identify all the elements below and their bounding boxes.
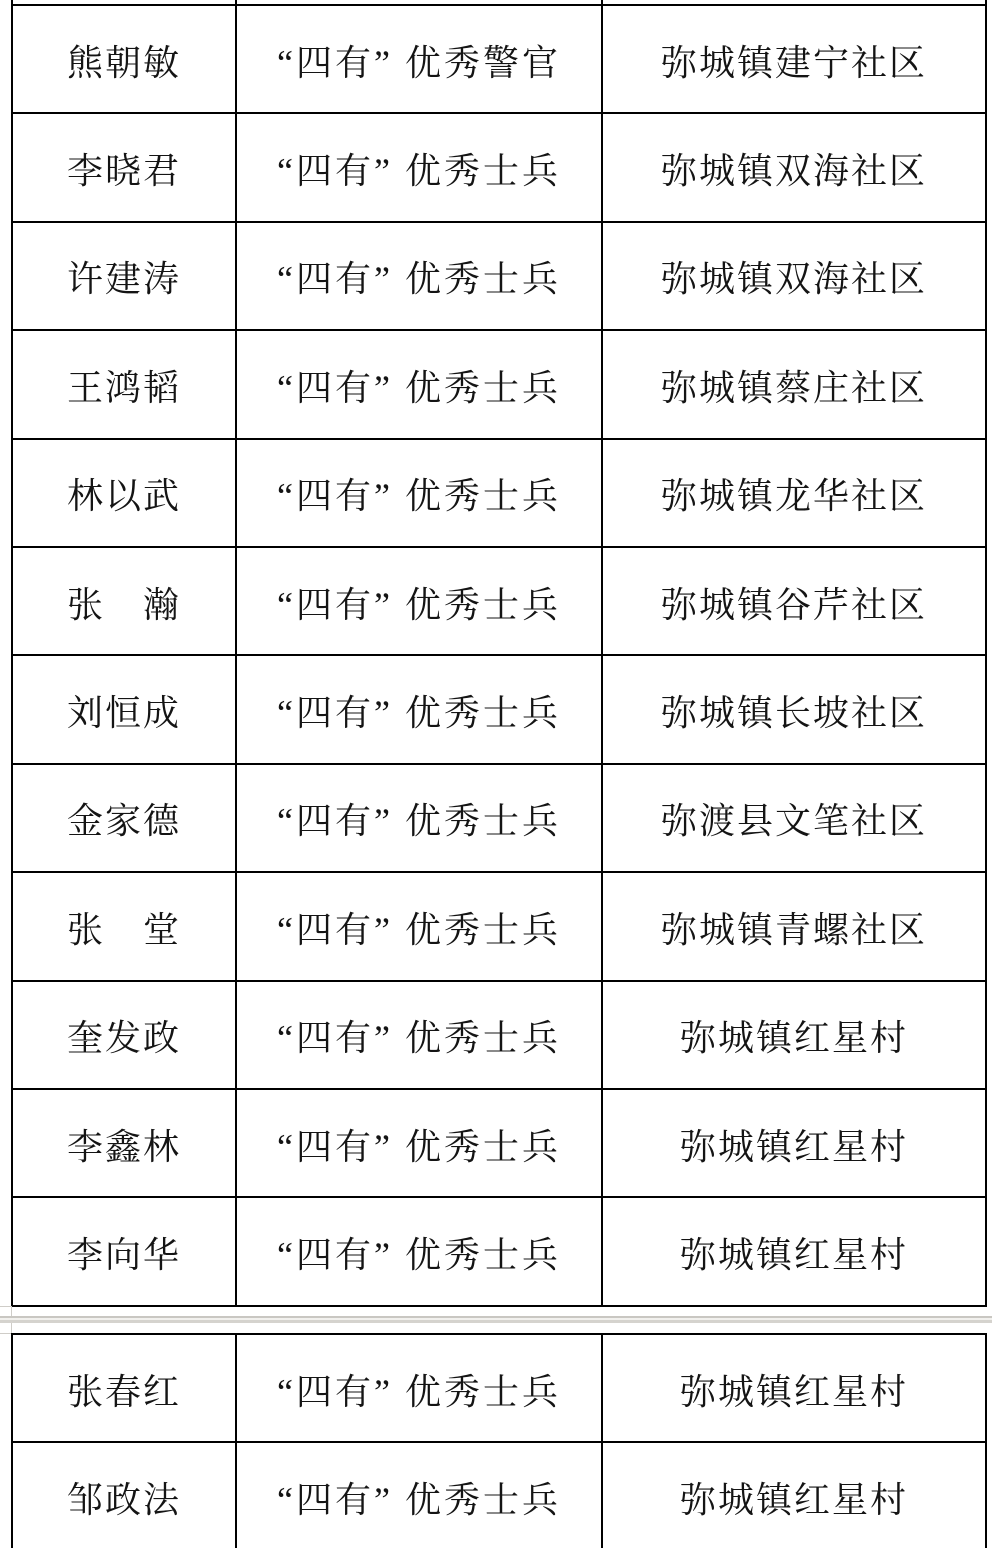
unit-cell: 弥城镇红星村 [601,1443,985,1548]
honor-cell: “四有” 优秀士兵 [235,1335,601,1441]
name-cell: 张春红 [13,1335,235,1441]
name-cell: 王鸿韬 [13,331,235,437]
name-cell: 熊朝敏 [13,6,235,112]
unit-cell: 弥城镇双海社区 [601,223,985,329]
table-row: 张 瀚 “四有” 优秀士兵 弥城镇谷芹社区 [13,546,985,654]
name-cell: 奎发政 [13,982,235,1088]
unit-cell: 弥城镇龙华社区 [601,440,985,546]
table-row-cropped [13,0,985,4]
name-cell: 张 堂 [13,873,235,979]
unit-cell: 弥城镇红星村 [601,1090,985,1196]
honor-cell: “四有” 优秀警官 [235,6,601,112]
unit-cell: 弥城镇谷芹社区 [601,548,985,654]
unit-cell: 弥城镇红星村 [601,1198,985,1304]
honor-cell: “四有” 优秀士兵 [235,223,601,329]
unit-cell: 弥城镇建宁社区 [601,6,985,112]
honor-cell: “四有” 优秀士兵 [235,656,601,762]
table-row: 奎发政 “四有” 优秀士兵 弥城镇红星村 [13,980,985,1088]
table-row: 李晓君 “四有” 优秀士兵 弥城镇双海社区 [13,112,985,220]
unit-cell: 弥城镇红星村 [601,982,985,1088]
name-cell: 李晓君 [13,114,235,220]
name-cell: 张 瀚 [13,548,235,654]
name-cell [13,0,235,4]
honor-cell: “四有” 优秀士兵 [235,1090,601,1196]
honor-cell: “四有” 优秀士兵 [235,114,601,220]
unit-cell: 弥城镇红星村 [601,1335,985,1441]
name-cell: 林以武 [13,440,235,546]
table-row: 熊朝敏 “四有” 优秀警官 弥城镇建宁社区 [13,4,985,112]
honor-cell [235,0,601,4]
honor-cell: “四有” 优秀士兵 [235,548,601,654]
name-cell: 许建涛 [13,223,235,329]
table-row: 李向华 “四有” 优秀士兵 弥城镇红星村 [13,1196,985,1304]
honor-cell: “四有” 优秀士兵 [235,1443,601,1548]
page-break-separator [0,1316,992,1323]
name-cell: 李鑫林 [13,1090,235,1196]
table-row: 刘恒成 “四有” 优秀士兵 弥城镇长坡社区 [13,654,985,762]
unit-cell: 弥城镇双海社区 [601,114,985,220]
unit-cell [601,0,985,4]
honor-cell: “四有” 优秀士兵 [235,765,601,871]
table-row: 张春红 “四有” 优秀士兵 弥城镇红星村 [13,1335,985,1441]
table-row: 林以武 “四有” 优秀士兵 弥城镇龙华社区 [13,438,985,546]
unit-cell: 弥城镇蔡庄社区 [601,331,985,437]
table-row: 张 堂 “四有” 优秀士兵 弥城镇青螺社区 [13,871,985,979]
name-cell: 金家德 [13,765,235,871]
honor-cell: “四有” 优秀士兵 [235,440,601,546]
name-cell: 邹政法 [13,1443,235,1548]
table-row: 金家德 “四有” 优秀士兵 弥渡县文笔社区 [13,763,985,871]
honor-cell: “四有” 优秀士兵 [235,331,601,437]
honor-cell: “四有” 优秀士兵 [235,873,601,979]
page1-bottom-edge [0,1306,12,1316]
honor-cell: “四有” 优秀士兵 [235,1198,601,1304]
table-row: 许建涛 “四有” 优秀士兵 弥城镇双海社区 [13,221,985,329]
name-cell: 李向华 [13,1198,235,1304]
table-row: 王鸿韬 “四有” 优秀士兵 弥城镇蔡庄社区 [13,329,985,437]
honor-roll-table-page1: 熊朝敏 “四有” 优秀警官 弥城镇建宁社区 李晓君 “四有” 优秀士兵 弥城镇双… [11,0,987,1307]
honor-cell: “四有” 优秀士兵 [235,982,601,1088]
table-row: 邹政法 “四有” 优秀士兵 弥城镇红星村 [13,1441,985,1548]
unit-cell: 弥城镇青螺社区 [601,873,985,979]
table-row: 李鑫林 “四有” 优秀士兵 弥城镇红星村 [13,1088,985,1196]
unit-cell: 弥城镇长坡社区 [601,656,985,762]
name-cell: 刘恒成 [13,656,235,762]
honor-roll-table-page2: 张春红 “四有” 优秀士兵 弥城镇红星村 邹政法 “四有” 优秀士兵 弥城镇红星… [11,1333,987,1548]
unit-cell: 弥渡县文笔社区 [601,765,985,871]
